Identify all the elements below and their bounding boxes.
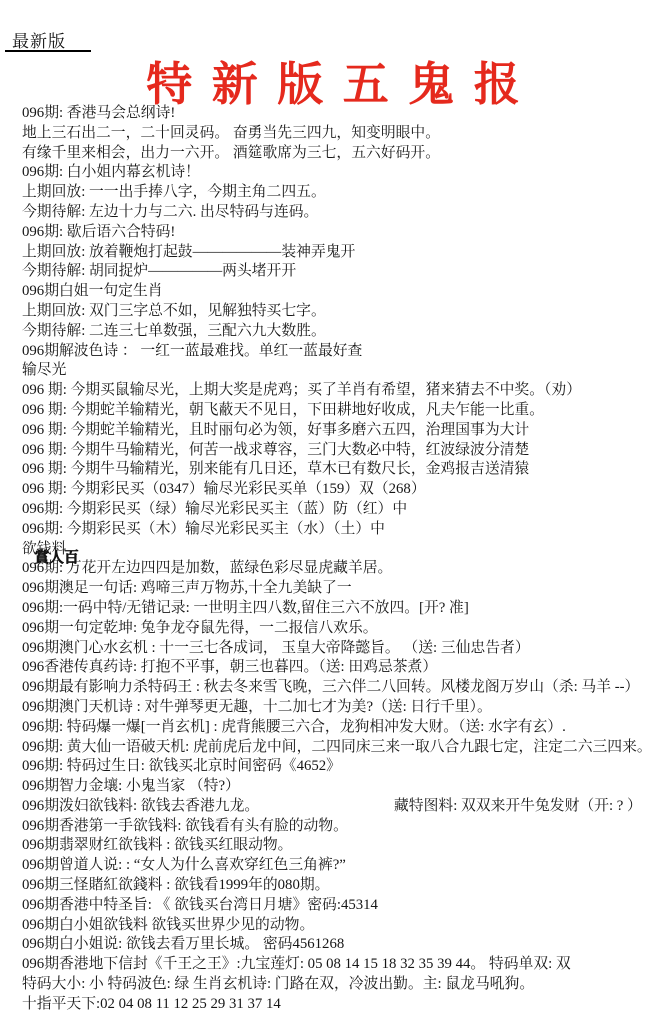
text-line: 096期澳门天机诗 : 对牛弹琴更无趣，十二加七才为美?（送: 日行千里）。 [0, 698, 670, 718]
text-line: 十指平天下:02 04 08 11 12 25 29 31 37 14 [0, 995, 670, 1015]
line-text: 096期: 今期彩民买（绿）输尽光彩民买主（蓝）防（红）中 [22, 501, 407, 517]
line-text: 096期白姐一句定生肖 [22, 283, 163, 299]
text-line: 096 期: 今期牛马输精光，何苦一战求尊容，三门大数必中特，红波绿波分清楚 [0, 441, 670, 461]
text-line: 096 期: 今期蛇羊输精光，且时丽句必为领，好事多磨六五四，治理国事为大计 [0, 421, 670, 441]
text-line: 今期待解: 二连三七单数强，三配六九大数胜。 [0, 322, 670, 342]
text-line: 096期白姐一句定生肖 [0, 282, 670, 302]
text-line: 今期待解: 胡同捉炉—————两头堵开开 [0, 262, 670, 282]
text-line: 096期:一码中特/无错记录: 一世明主四八数,留住三六不放四。[开? 准] [0, 599, 670, 619]
text-line: 096 期: 今期蛇羊输精光，朝飞蔽天不见日，下田耕地好收成，凡夫乍能一比重。 [0, 401, 670, 421]
text-line: 上期回放: 放着鞭炮打起鼓——————装神弄鬼开 [0, 243, 670, 263]
line-text: 今期待解: 胡同捉炉—————两头堵开开 [22, 263, 296, 279]
text-line: 096期澳足一句话: 鸡啼三声万物苏,十全九美缺了一 [0, 579, 670, 599]
line-text: 096香港传真药诗: 打抱不平事，朝三也暮四。（送: 田鸡忌茶煮） [22, 659, 437, 675]
text-line: 096期: 今期彩民买（绿）输尽光彩民买主（蓝）防（红）中 [0, 500, 670, 520]
line-text: 096期: 今期彩民买（木）输尽光彩民买主（水）（土）中 [22, 521, 385, 537]
text-line: 096 期: 今期彩民买（0347）输尽光彩民买单（159）双（268） [0, 480, 670, 500]
text-line: 096期白小姐欲钱料 欲钱买世界少见的动物。 [0, 916, 670, 936]
text-line: 096期: 白小姐内幕玄机诗！ [0, 163, 670, 183]
line-text: 096期澳门天机诗 : 对牛弹琴更无趣，十二加七才为美?（送: 日行千里）。 [22, 699, 492, 715]
line-text: 096期澳门心水玄机 : 十一三七各成词， 玉皇大帝降懿旨。 （送: 三仙忠告者… [22, 640, 530, 656]
line-text: 096期三怪賭紅欲錢料 : 欲钱看1999年的080期。 [22, 877, 329, 893]
text-line: 096期最有影响力杀特码王 : 秋去冬来雪飞晚，三六伴二八回转。风楼龙阁万岁山（… [0, 678, 670, 698]
text-line: 096期解波色诗 ： 一红一蓝最难找。单红一蓝最好查 [0, 342, 670, 362]
text-line: 096期曾道人说: : “女人为什么喜欢穿红色三角裤?” [0, 856, 670, 876]
line-text: 096期泼妇欲钱料: 欲钱去香港九龙。 [22, 798, 259, 814]
line-text: 096期一句定乾坤: 兔争龙夺鼠先得，一二报信八欢乐。 [22, 620, 378, 636]
line-right-text: 藏特图料: 双双来开牛兔发财（开: ? ） [394, 797, 642, 817]
text-line: 096期: 特码爆一爆[一肖玄机] : 虎背熊腰三六合，龙狗相冲发大财。（送: … [0, 718, 670, 738]
text-line: 096期: 歇后语六合特码! [0, 223, 670, 243]
line-text: 096期曾道人说: : “女人为什么喜欢穿红色三角裤?” [22, 857, 346, 873]
line-text: 今期待解: 左边十力与二六. 出尽特码与连码。 [22, 204, 318, 220]
text-line: 096期澳门心水玄机 : 十一三七各成词， 玉皇大帝降懿旨。 （送: 三仙忠告者… [0, 639, 670, 659]
line-text: 096期香港地下信封《千王之王》:九宝莲灯: 05 08 14 15 18 32… [22, 956, 571, 972]
text-line: 096期翡翠财红欲钱料 : 欲钱买红眼动物。 [0, 836, 670, 856]
text-line: 有缘千里来相会，出力一六开。 酒筵歌席为三七，五六好码开。 [0, 144, 670, 164]
line-text: 上期回放: 一一出手捧八字，今期主角二四五。 [22, 184, 326, 200]
tip-sheet-page: 最新版 特 新 版 五 鬼 报 096期: 香港马会总纲诗!地上三石出二一，二十… [0, 0, 670, 1016]
text-line: 096 期: 今期牛马输精光，别来能有几日还，草木已有数尺长，金鸡报吉送清猿 [0, 460, 670, 480]
text-line: 今期待解: 左边十力与二六. 出尽特码与连码。 [0, 203, 670, 223]
line-text: 096期智力金壤: 小鬼当家 （特?） [22, 778, 240, 794]
text-line: 096期香港第一手欲钱料: 欲钱看有头有脸的动物。 [0, 817, 670, 837]
line-text: 096期最有影响力杀特码王 : 秋去冬来雪飞晚，三六伴二八回转。风楼龙阁万岁山（… [22, 679, 639, 695]
line-text: 今期待解: 二连三七单数强，三配六九大数胜。 [22, 323, 326, 339]
line-text: 096期白小姐欲钱料 欲钱买世界少见的动物。 [22, 917, 314, 933]
text-line: 地上三石出二一，二十回灵码。 奋勇当先三四九，知变明眼中。 [0, 124, 670, 144]
text-line: 096期: 特码过生日: 欲钱买北京时间密码《4652》 [0, 757, 670, 777]
line-text: 096期翡翠财红欲钱料 : 欲钱买红眼动物。 [22, 837, 292, 853]
text-line: 096期智力金壤: 小鬼当家 （特?） [0, 777, 670, 797]
text-line: 特码大小: 小 特码波色: 绿 生肖玄机诗: 门路在双，冷波出勤。主: 鼠龙马吼… [0, 975, 670, 995]
line-text: 096 期: 今期彩民买（0347）输尽光彩民买单（159）双（268） [22, 481, 426, 497]
text-line: 输尽光 [0, 361, 670, 381]
text-line: 096期一句定乾坤: 兔争龙夺鼠先得，一二报信八欢乐。 [0, 619, 670, 639]
line-text: 096期: 歇后语六合特码! [22, 224, 175, 240]
line-text: 有缘千里来相会，出力一六开。 酒筵歌席为三七，五六好码开。 [22, 145, 440, 161]
line-text: 地上三石出二一，二十回灵码。 奋勇当先三四九，知变明眼中。 [22, 125, 440, 141]
text-line: 096期泼妇欲钱料: 欲钱去香港九龙。藏特图料: 双双来开牛兔发财（开: ? ） [0, 797, 670, 817]
line-text: 096期: 白小姐内幕玄机诗！ [22, 164, 200, 180]
line-text: 096期:一码中特/无错记录: 一世明主四八数,留住三六不放四。[开? 准] [22, 600, 469, 616]
line-text: 096期澳足一句话: 鸡啼三声万物苏,十全九美缺了一 [22, 580, 352, 596]
text-line: 096期白小姐说: 欲钱去看万里长城。 密码4561268 [0, 935, 670, 955]
line-text: 上期回放: 放着鞭炮打起鼓——————装神弄鬼开 [22, 244, 355, 260]
text-line: 上期回放: 双门三字总不如，见解独特买七字。 [0, 302, 670, 322]
line-text: 十指平天下:02 04 08 11 12 25 29 31 37 14 [22, 996, 281, 1012]
line-text: 096期香港中特圣旨: 《 欲钱买台湾日月塘》密码:45314 [22, 897, 378, 913]
text-line: 欲钱料賞人百 [0, 540, 670, 560]
text-line: 096香港传真药诗: 打抱不平事，朝三也暮四。（送: 田鸡忌茶煮） [0, 658, 670, 678]
line-text: 096期白小姐说: 欲钱去看万里长城。 密码4561268 [22, 936, 344, 952]
line-text: 096期: 特码爆一爆[一肖玄机] : 虎背熊腰三六合，龙狗相冲发大财。（送: … [22, 719, 566, 735]
line-text: 096 期: 今期蛇羊输精光，朝飞蔽天不见日，下田耕地好收成，凡夫乍能一比重。 [22, 402, 544, 418]
line-text: 096 期: 今期牛马输精光，别来能有几日还，草木已有数尺长，金鸡报吉送清猿 [22, 461, 529, 477]
line-text: 096期: 万花开左边四四是加数，蓝绿色彩尽显虎藏羊居。 [22, 560, 392, 576]
text-line: 096期: 黄大仙一语破天机: 虎前虎后龙中间，二四同床三来一取八合九跟七定，注… [0, 738, 670, 758]
line-text: 096 期: 今期牛马输精光，何苦一战求尊容，三门大数必中特，红波绿波分清楚 [22, 442, 529, 458]
line-text: 096期: 香港马会总纲诗! [22, 105, 175, 121]
line-text: 096期: 黄大仙一语破天机: 虎前虎后龙中间，二四同床三来一取八合九跟七定，注… [22, 739, 652, 755]
line-text: 特码大小: 小 特码波色: 绿 生肖玄机诗: 门路在双，冷波出勤。主: 鼠龙马吼… [22, 976, 534, 992]
text-line: 096期三怪賭紅欲錢料 : 欲钱看1999年的080期。 [0, 876, 670, 896]
text-line: 096期: 香港马会总纲诗! [0, 104, 670, 124]
text-line: 096期香港中特圣旨: 《 欲钱买台湾日月塘》密码:45314 [0, 896, 670, 916]
line-text: 096期解波色诗 ： 一红一蓝最难找。单红一蓝最好查 [22, 343, 362, 359]
text-line: 上期回放: 一一出手捧八字，今期主角二四五。 [0, 183, 670, 203]
body-lines: 096期: 香港马会总纲诗!地上三石出二一，二十回灵码。 奋勇当先三四九，知变明… [0, 104, 670, 1015]
text-line: 096 期: 今期买鼠输尽光，上期大奖是虎鸡；买了羊肖有希望，猪来猜去不中奖。（… [0, 381, 670, 401]
line-text: 096期香港第一手欲钱料: 欲钱看有头有脸的动物。 [22, 818, 348, 834]
line-text: 096 期: 今期买鼠输尽光，上期大奖是虎鸡；买了羊肖有希望，猪来猜去不中奖。（… [22, 382, 581, 398]
line-text: 输尽光 [22, 362, 66, 378]
text-line: 096期: 万花开左边四四是加数，蓝绿色彩尽显虎藏羊居。 [0, 559, 670, 579]
line-text: 096期: 特码过生日: 欲钱买北京时间密码《4652》 [22, 758, 341, 774]
line-text: 上期回放: 双门三字总不如，见解独特买七字。 [22, 303, 326, 319]
text-line: 096期: 今期彩民买（木）输尽光彩民买主（水）（土）中 [0, 520, 670, 540]
line-text: 096 期: 今期蛇羊输精光，且时丽句必为领，好事多磨六五四，治理国事为大计 [22, 422, 529, 438]
text-line: 096期香港地下信封《千王之王》:九宝莲灯: 05 08 14 15 18 32… [0, 955, 670, 975]
